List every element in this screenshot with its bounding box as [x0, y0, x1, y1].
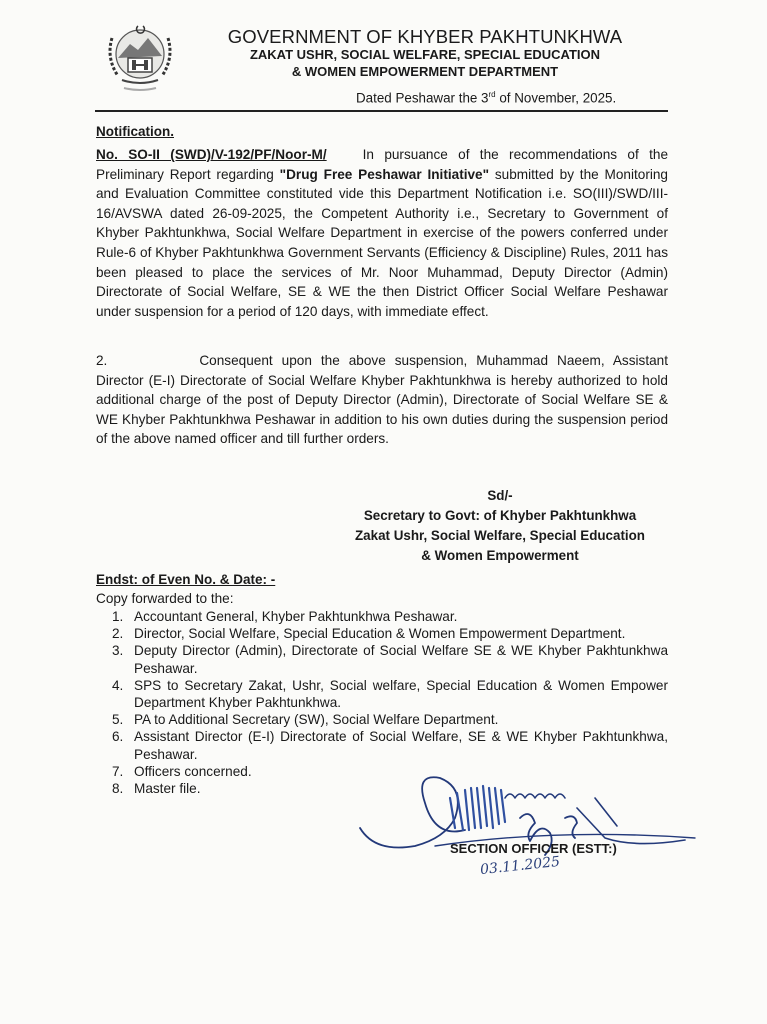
- list-item: 5.PA to Additional Secretary (SW), Socia…: [112, 711, 668, 728]
- notification-heading: Notification.: [96, 124, 174, 139]
- department-name-line2: & WOMEN EMPOWERMENT DEPARTMENT: [190, 64, 660, 79]
- reference-number: No. SO-II (SWD)/V-192/PF/Noor-M/: [96, 147, 327, 162]
- section-officer-designation: SECTION OFFICER (ESTT:): [450, 841, 617, 856]
- signatory-line2: Zakat Ushr, Social Welfare, Special Educ…: [330, 526, 670, 546]
- list-item: 3.Deputy Director (Admin), Directorate o…: [112, 642, 668, 676]
- signatory-line1: Secretary to Govt: of Khyber Pakhtunkhwa: [330, 506, 670, 526]
- copy-forwarded-intro: Copy forwarded to the:: [96, 591, 234, 606]
- department-name-line1: ZAKAT USHR, SOCIAL WELFARE, SPECIAL EDUC…: [190, 47, 660, 62]
- list-item: 2.Director, Social Welfare, Special Educ…: [112, 625, 668, 642]
- document-date: Dated Peshawar the 3rd of November, 2025…: [356, 90, 616, 105]
- signatory-block: Sd/- Secretary to Govt: of Khyber Pakhtu…: [330, 486, 670, 566]
- kp-government-emblem-icon: [98, 18, 182, 96]
- paragraph-2: 2.Consequent upon the above suspension, …: [96, 351, 668, 449]
- endorsement-heading: Endst: of Even No. & Date: -: [96, 572, 275, 587]
- notification-document: GOVERNMENT OF KHYBER PAKHTUNKHWA ZAKAT U…: [0, 0, 767, 1024]
- list-item: 1.Accountant General, Khyber Pakhtunkhwa…: [112, 608, 668, 625]
- list-item: 4.SPS to Secretary Zakat, Ushr, Social w…: [112, 677, 668, 711]
- paragraph-1: No. SO-II (SWD)/V-192/PF/Noor-M/In pursu…: [96, 145, 668, 321]
- government-title: GOVERNMENT OF KHYBER PAKHTUNKHWA: [190, 26, 660, 48]
- initiative-name: "Drug Free Peshawar Initiative": [280, 167, 489, 182]
- sd-mark: Sd/-: [330, 486, 670, 506]
- header-divider: [95, 110, 668, 112]
- signatory-line3: & Women Empowerment: [330, 546, 670, 566]
